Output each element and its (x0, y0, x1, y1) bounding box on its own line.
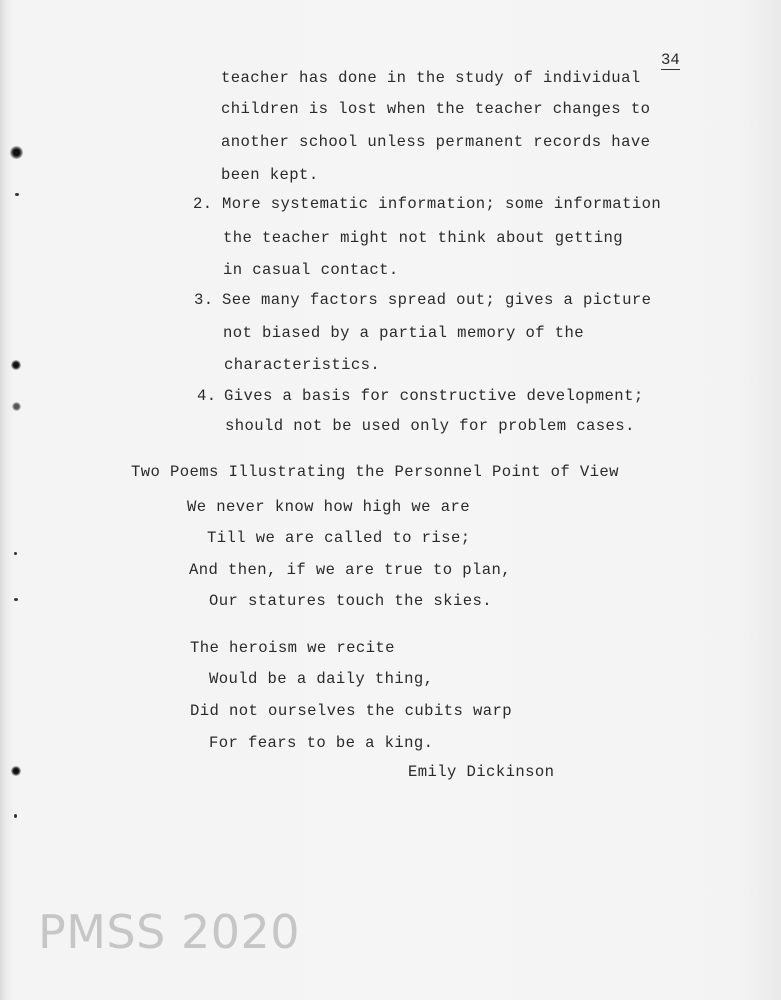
margin-speck (14, 814, 17, 818)
body-line: teacher has done in the study of individ… (221, 69, 641, 87)
binder-hole-mark (11, 360, 21, 370)
body-line: children is lost when the teacher change… (221, 100, 650, 118)
document-page: 34 teacher has done in the study of indi… (0, 0, 781, 1000)
poem-line: We never know how high we are (187, 498, 470, 516)
list-item-line: should not be used only for problem case… (225, 417, 635, 435)
poem-line: The heroism we recite (190, 639, 395, 657)
poem-line: Did not ourselves the cubits warp (190, 702, 512, 720)
poem-line: Our statures touch the skies. (209, 592, 492, 610)
margin-speck (15, 193, 19, 196)
margin-speck (14, 552, 17, 555)
binder-hole-mark (10, 146, 23, 159)
list-item-line: the teacher might not think about gettin… (223, 229, 623, 247)
body-line: another school unless permanent records … (221, 133, 650, 151)
list-item-line: See many factors spread out; gives a pic… (222, 291, 651, 309)
binder-hole-mark (12, 402, 21, 411)
attribution: Emily Dickinson (408, 763, 554, 781)
binder-hole-mark (11, 766, 21, 776)
poem-line: Till we are called to rise; (207, 529, 470, 547)
poem-line: For fears to be a king. (209, 734, 433, 752)
list-item-line: More systematic information; some inform… (222, 195, 661, 213)
list-item-number: 3. (194, 291, 214, 309)
poem-line: And then, if we are true to plan, (189, 561, 511, 579)
poem-line: Would be a daily thing, (209, 670, 433, 688)
list-item-line: Gives a basis for constructive developme… (224, 387, 644, 405)
list-item-line: not biased by a partial memory of the (223, 324, 584, 342)
list-item-line: in casual contact. (223, 261, 399, 279)
list-item-number: 2. (193, 195, 213, 213)
page-number: 34 (661, 52, 680, 70)
watermark: PMSS 2020 (38, 904, 300, 960)
margin-speck (14, 598, 18, 601)
list-item-number: 4. (197, 387, 217, 405)
list-item-line: characteristics. (224, 356, 380, 374)
section-heading: Two Poems Illustrating the Personnel Poi… (131, 463, 619, 481)
body-line: been kept. (221, 166, 319, 184)
